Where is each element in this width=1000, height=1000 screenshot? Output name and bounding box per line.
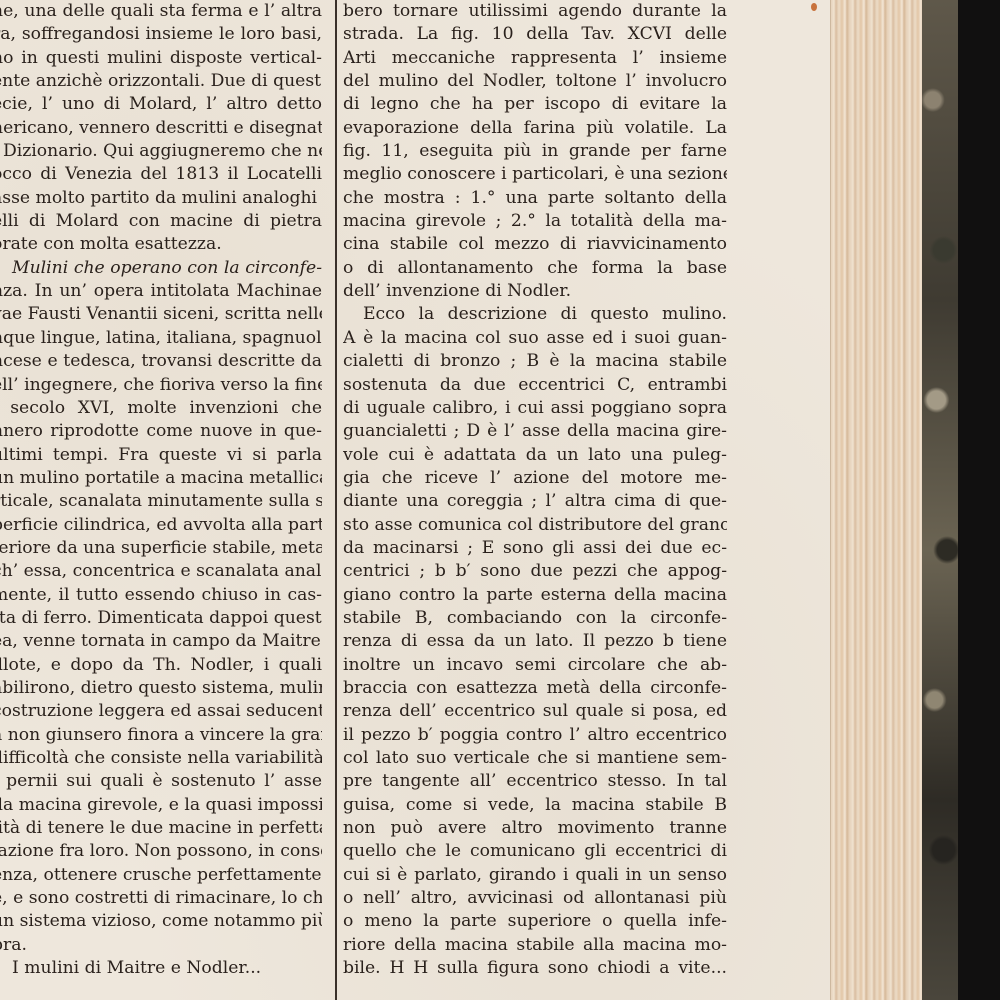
text-line: rticale, scanalata minutamente sulla sua — [0, 490, 322, 513]
text-line: pra. — [0, 934, 322, 957]
text-line: sostenuta da due eccentrici C, entrambi — [343, 374, 727, 397]
text-line: di uguale calibro, i cui assi poggiano s… — [343, 397, 727, 420]
marbled-cover-edge — [922, 0, 960, 1000]
text-line: evaporazione della farina più volatile. … — [343, 117, 727, 140]
text-line: ell’ ingegnere, che fioriva verso la fin… — [0, 374, 322, 397]
text-line: da macinarsi ; E sono gli assi dei due e… — [343, 537, 727, 560]
text-line: difficoltà che consiste nella variabilit… — [0, 747, 322, 770]
text-line: renza dell’ eccentrico sul quale si posa… — [343, 700, 727, 723]
text-line: occo di Venezia del 1813 il Locatelli — [0, 163, 322, 186]
text-line: un sistema vizioso, come notammo più — [0, 910, 322, 933]
right-text-column: bero tornare utilissimi agendo durante l… — [343, 0, 727, 980]
text-line: macina girevole ; 2.° la totalità della … — [343, 210, 727, 233]
text-line: inoltre un incavo semi circolare che ab- — [343, 654, 727, 677]
text-line: nericano, vennero descritti e disegnati — [0, 117, 322, 140]
text-line: strada. La fig. 10 della Tav. XCVI delle — [343, 23, 727, 46]
text-line: o meno la parte superiore o quella infe- — [343, 910, 727, 933]
text-line: cialetti di bronzo ; B è la macina stabi… — [343, 350, 727, 373]
text-line: orate con molta esattezza. — [0, 233, 322, 256]
text-line: l secolo XVI, molte invenzioni che — [0, 397, 322, 420]
text-line: o di allontanamento che forma la base — [343, 257, 727, 280]
text-line: quello che le comunicano gli eccentrici … — [343, 840, 727, 863]
text-line: Arti meccaniche rappresenta l’ insieme — [343, 47, 727, 70]
text-line: non può avere altro movimento tranne — [343, 817, 727, 840]
text-line: giano contro la parte esterna della maci… — [343, 584, 727, 607]
text-line: vae Fausti Venantii siceni, scritta nell… — [0, 303, 322, 326]
text-line: feriore da una superficie stabile, metal… — [0, 537, 322, 560]
page-edges — [830, 0, 923, 1000]
text-line: guancialetti ; D è l’ asse della macina … — [343, 420, 727, 443]
text-line: braccia con esattezza metà della circonf… — [343, 677, 727, 700]
left-text-column: ne, una delle quali sta ferma e l’ altra… — [0, 0, 322, 980]
text-line: cui si è parlato, girando i quali in un … — [343, 864, 727, 887]
column-divider — [335, 0, 337, 1000]
text-line: lità di tenere le due macine in perfetta — [0, 817, 322, 840]
text-line: ra, soffregandosi insieme le loro basi, — [0, 23, 322, 46]
text-line: ncese e tedesca, trovansi descritte da — [0, 350, 322, 373]
text-line: Ecco la descrizione di questo mulino. — [343, 303, 727, 326]
text-line: diante una coreggia ; l’ altra cima di q… — [343, 490, 727, 513]
text-line: il pezzo b′ poggia contro l’ altro eccen… — [343, 724, 727, 747]
text-line: meglio conoscere i particolari, è una se… — [343, 163, 727, 186]
text-line: vole cui è adattata da un lato una puleg… — [343, 444, 727, 467]
text-line: lazione fra loro. Non possono, in conse- — [0, 840, 322, 863]
text-line: dell’ invenzione di Nodler. — [343, 280, 727, 303]
book-page: ne, una delle quali sta ferma e l’ altra… — [0, 0, 830, 1000]
text-line: perficie cilindrica, ed avvolta alla par… — [0, 514, 322, 537]
background-cloth — [958, 0, 1000, 1000]
text-line: no in questi mulini disposte vertical- — [0, 47, 322, 70]
text-line: mente, il tutto essendo chiuso in cas- — [0, 584, 322, 607]
text-line: renza di essa da un lato. Il pezzo b tie… — [343, 630, 727, 653]
text-line: centrici ; b b′ sono due pezzi che appog… — [343, 560, 727, 583]
text-line: asse molto partito da mulini analoghi a — [0, 187, 322, 210]
text-line: gia che riceve l’ azione del motore me- — [343, 467, 727, 490]
text-line: nque lingue, latina, italiana, spagnuola… — [0, 327, 322, 350]
text-line: enza, ottenere crusche perfettamente net… — [0, 864, 322, 887]
text-line: fig. 11, eseguita più in grande per farn… — [343, 140, 727, 163]
section-heading: Mulini che operano con la circonfe- — [0, 257, 322, 280]
text-line: nnero riprodotte come nuove in que- — [0, 420, 322, 443]
text-line: bero tornare utilissimi agendo durante l… — [343, 0, 727, 23]
text-line: ch’ essa, concentrica e scanalata analo- — [0, 560, 322, 583]
text-line: abilirono, dietro questo sistema, mulini — [0, 677, 322, 700]
text-line: ea, venne tornata in campo da Maitre de — [0, 630, 322, 653]
text-line: col lato suo verticale che si mantiene s… — [343, 747, 727, 770]
text-line: o nell’ altro, avvicinasi od allontanasi… — [343, 887, 727, 910]
text-line: elli di Molard con macine di pietra — [0, 210, 322, 233]
text-line: del mulino del Nodler, toltone l’ involu… — [343, 70, 727, 93]
text-line: pre tangente all’ eccentrico stesso. In … — [343, 770, 727, 793]
text-line: A è la macina col suo asse ed i suoi gua… — [343, 327, 727, 350]
text-line: costruzione leggera ed assai seducente ; — [0, 700, 322, 723]
text-line: lla macina girevole, e la quasi impossi- — [0, 794, 322, 817]
text-line: nza. In un’ opera intitolata Machinae — [0, 280, 322, 303]
text-line: di legno che ha per iscopo di evitare la — [343, 93, 727, 116]
ink-spot — [811, 3, 817, 11]
text-line: e, e sono costretti di rimacinare, lo ch… — [0, 887, 322, 910]
text-line: guisa, come si vede, la macina stabile B — [343, 794, 727, 817]
text-line: cina stabile col mezzo di riavvicinament… — [343, 233, 727, 256]
text-line: riore della macina stabile alla macina m… — [343, 934, 727, 957]
text-line: ente anzichè orizzontali. Due di questa — [0, 70, 322, 93]
text-line: che mostra : 1.° una parte soltanto dell… — [343, 187, 727, 210]
text-line: illote, e dopo da Th. Nodler, i quali — [0, 654, 322, 677]
text-line: ecie, l’ uno di Molard, l’ altro detto — [0, 93, 322, 116]
text-line: i pernii sui quali è sostenuto l’ asse — [0, 770, 322, 793]
text-line: sto asse comunica col distributore del g… — [343, 514, 727, 537]
text-line: l Dizionario. Qui aggiugneremo che nel — [0, 140, 322, 163]
text-line: stabile B, combaciando con la circonfe- — [343, 607, 727, 630]
text-line: tta di ferro. Dimenticata dappoi questa — [0, 607, 322, 630]
text-line: un mulino portatile a macina metallica — [0, 467, 322, 490]
text-line: I mulini di Maitre e Nodler... — [0, 957, 322, 980]
text-line: bile. H H sulla figura sono chiodi a vit… — [343, 957, 727, 980]
text-line: ultimi tempi. Fra queste vi si parla — [0, 444, 322, 467]
text-line: ne, una delle quali sta ferma e l’ altra — [0, 0, 322, 23]
text-line: a non giunsero finora a vincere la gran- — [0, 724, 322, 747]
